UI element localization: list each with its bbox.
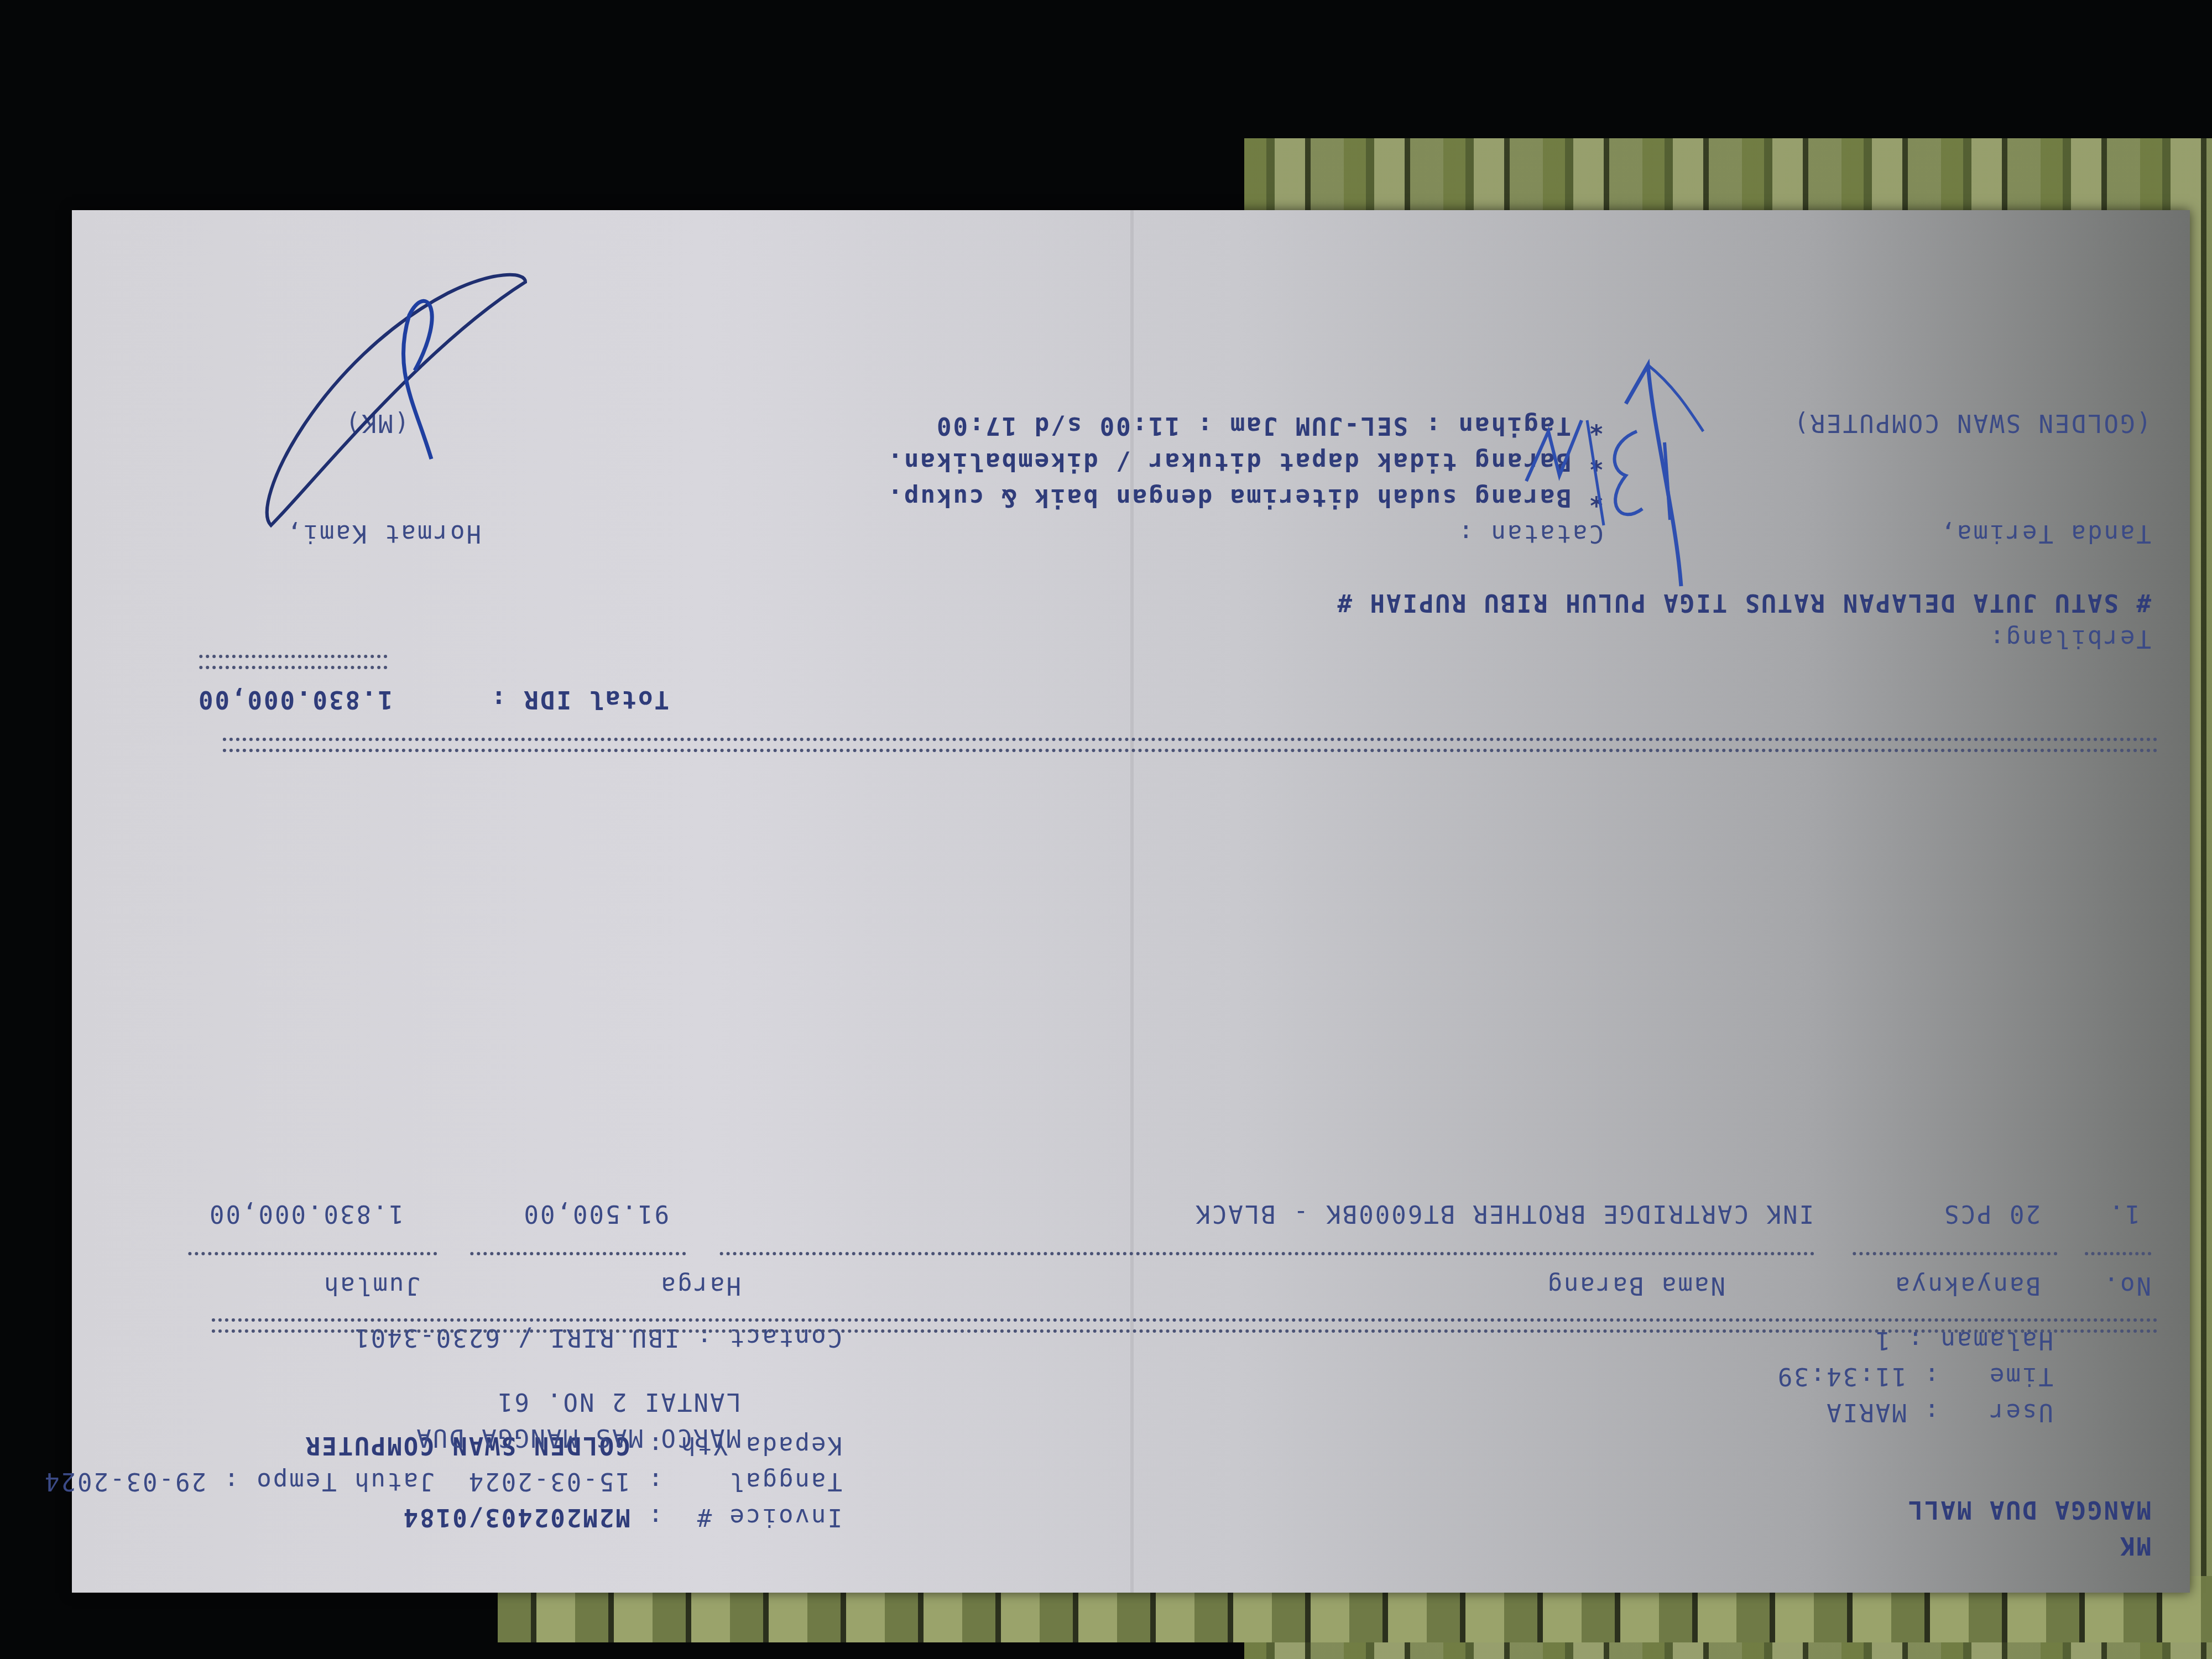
contact-row: Contact : IBU RIRI / 6230-3401	[353, 1295, 940, 1380]
issuer-signature-icon	[227, 238, 559, 570]
row-no: 1.	[2107, 1199, 2140, 1228]
col-header-banyaknya: Banyaknya	[1894, 1271, 2041, 1300]
col-header-no: No.	[2103, 1271, 2151, 1300]
store-code: MK	[2119, 1531, 2151, 1559]
total-value: 1.830.000,00	[197, 685, 393, 713]
invoice-paper: MK MANGGA DUA MALL User : MARIA Time : 1…	[72, 210, 2190, 1593]
col-header-jumlah: Jumlah	[322, 1271, 420, 1300]
table-row: 1. 20 PCS INK CARTRIDGE BROTHER BT6000BK…	[144, 1030, 2190, 1228]
jatuh-tempo-value: 29-03-2024	[43, 1467, 206, 1495]
customer-address-1: MARCO MAS MANGGA DUA	[415, 1423, 741, 1452]
col-header-nama-barang: Nama Barang	[1546, 1271, 1725, 1300]
halaman-row: Halaman : 1	[1874, 1298, 2151, 1383]
terbilang-label: Terbilang:	[1988, 624, 2151, 653]
store-name: MANGGA DUA MALL	[1907, 1495, 2151, 1524]
total-top-rule	[221, 738, 2157, 752]
table-top-rule	[210, 1318, 2157, 1333]
row-price: 91.500,00	[523, 1199, 669, 1228]
total-label: Total IDR :	[490, 685, 669, 713]
handwritten-date-icon	[1416, 321, 1692, 542]
col-rule-no	[2085, 1252, 2151, 1255]
row-qty: 20 PCS	[1943, 1199, 2041, 1228]
row-item: INK CARTRIDGE BROTHER BT6000BK - BLACK	[1194, 1199, 1814, 1228]
col-rule-jumlah	[188, 1252, 437, 1255]
customer-address-2: LANTAI 2 NO. 61	[497, 1387, 741, 1416]
col-rule-nama-barang	[719, 1252, 1814, 1255]
receipt-label: Tanda Terima,	[1939, 519, 2151, 547]
total-bottom-rule	[199, 655, 387, 669]
col-rule-harga	[470, 1252, 686, 1255]
col-rule-banyaknya	[1853, 1252, 2057, 1255]
row-amount: 1.830.000,00	[208, 1199, 404, 1228]
col-header-harga: Harga	[660, 1271, 741, 1300]
